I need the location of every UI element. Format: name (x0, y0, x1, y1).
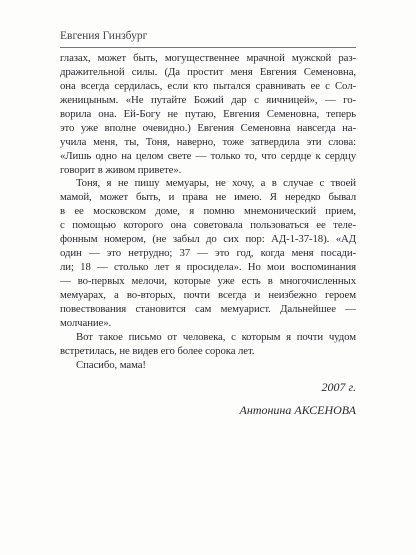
text-line: дражительной силы. (Да простит меня Евге… (60, 66, 356, 80)
text-line: молчание». (60, 317, 356, 331)
book-page: Евгения Гинзбург глазах, может быть, мог… (0, 0, 416, 555)
text-line: она всегда сердилась, если кто пытался с… (60, 80, 356, 94)
text-line: мемуарах, а во-вторых, почти всегда и не… (60, 289, 356, 303)
text-line: Вот такое письмо от человека, с которым … (60, 331, 356, 345)
text-line: ли; 18 — столько лет я просидела». Но мо… (60, 261, 356, 275)
text-line: повествования становится сам мемуарист. … (60, 303, 356, 317)
running-header-author: Евгения Гинзбург (60, 30, 147, 42)
text-line: глазах, может быть, могущественнее мрачн… (60, 52, 356, 66)
signature-name: Антонина АКСЕНОВА (60, 403, 356, 417)
text-line: встретилась, не видев его более сорока л… (60, 345, 356, 359)
text-line: с помощью которого она советовала пользо… (60, 219, 356, 233)
text-line: «Лишь одно на целом свете — только то, ч… (60, 150, 356, 164)
text-line: Тоня, я не пишу мемуары, не хочу, а в сл… (60, 177, 356, 191)
text-line: это уже вполне очевидно.) Евгения Семено… (60, 122, 356, 136)
text-line: ворила она. Ей-Богу не путаю, Евгения Се… (60, 108, 356, 122)
text-line: один — это нетрудно; 37 — это год, когда… (60, 247, 356, 261)
text-line: — во-первых мелочи, которые уже есть в м… (60, 275, 356, 289)
text-line: в ее московском доме, я помню мнемоничес… (60, 205, 356, 219)
text-line: учила меня, ты, Тоня, наверно, тоже затв… (60, 136, 356, 150)
text-line: женицыным. «Не путайте Божий дар с яични… (60, 94, 356, 108)
text-line: Спасибо, мама! (60, 359, 356, 373)
page-body: глазах, может быть, могущественнее мрачн… (60, 52, 356, 373)
text-line: фонным номером, (не забыл до сих пор: АД… (60, 233, 356, 247)
signature-year: 2007 г. (60, 380, 356, 394)
text-line: мамой, может быть, и права не имею. Я не… (60, 191, 356, 205)
running-header: Евгения Гинзбург (60, 29, 356, 48)
text-line: говорит в живом привете». (60, 164, 356, 178)
